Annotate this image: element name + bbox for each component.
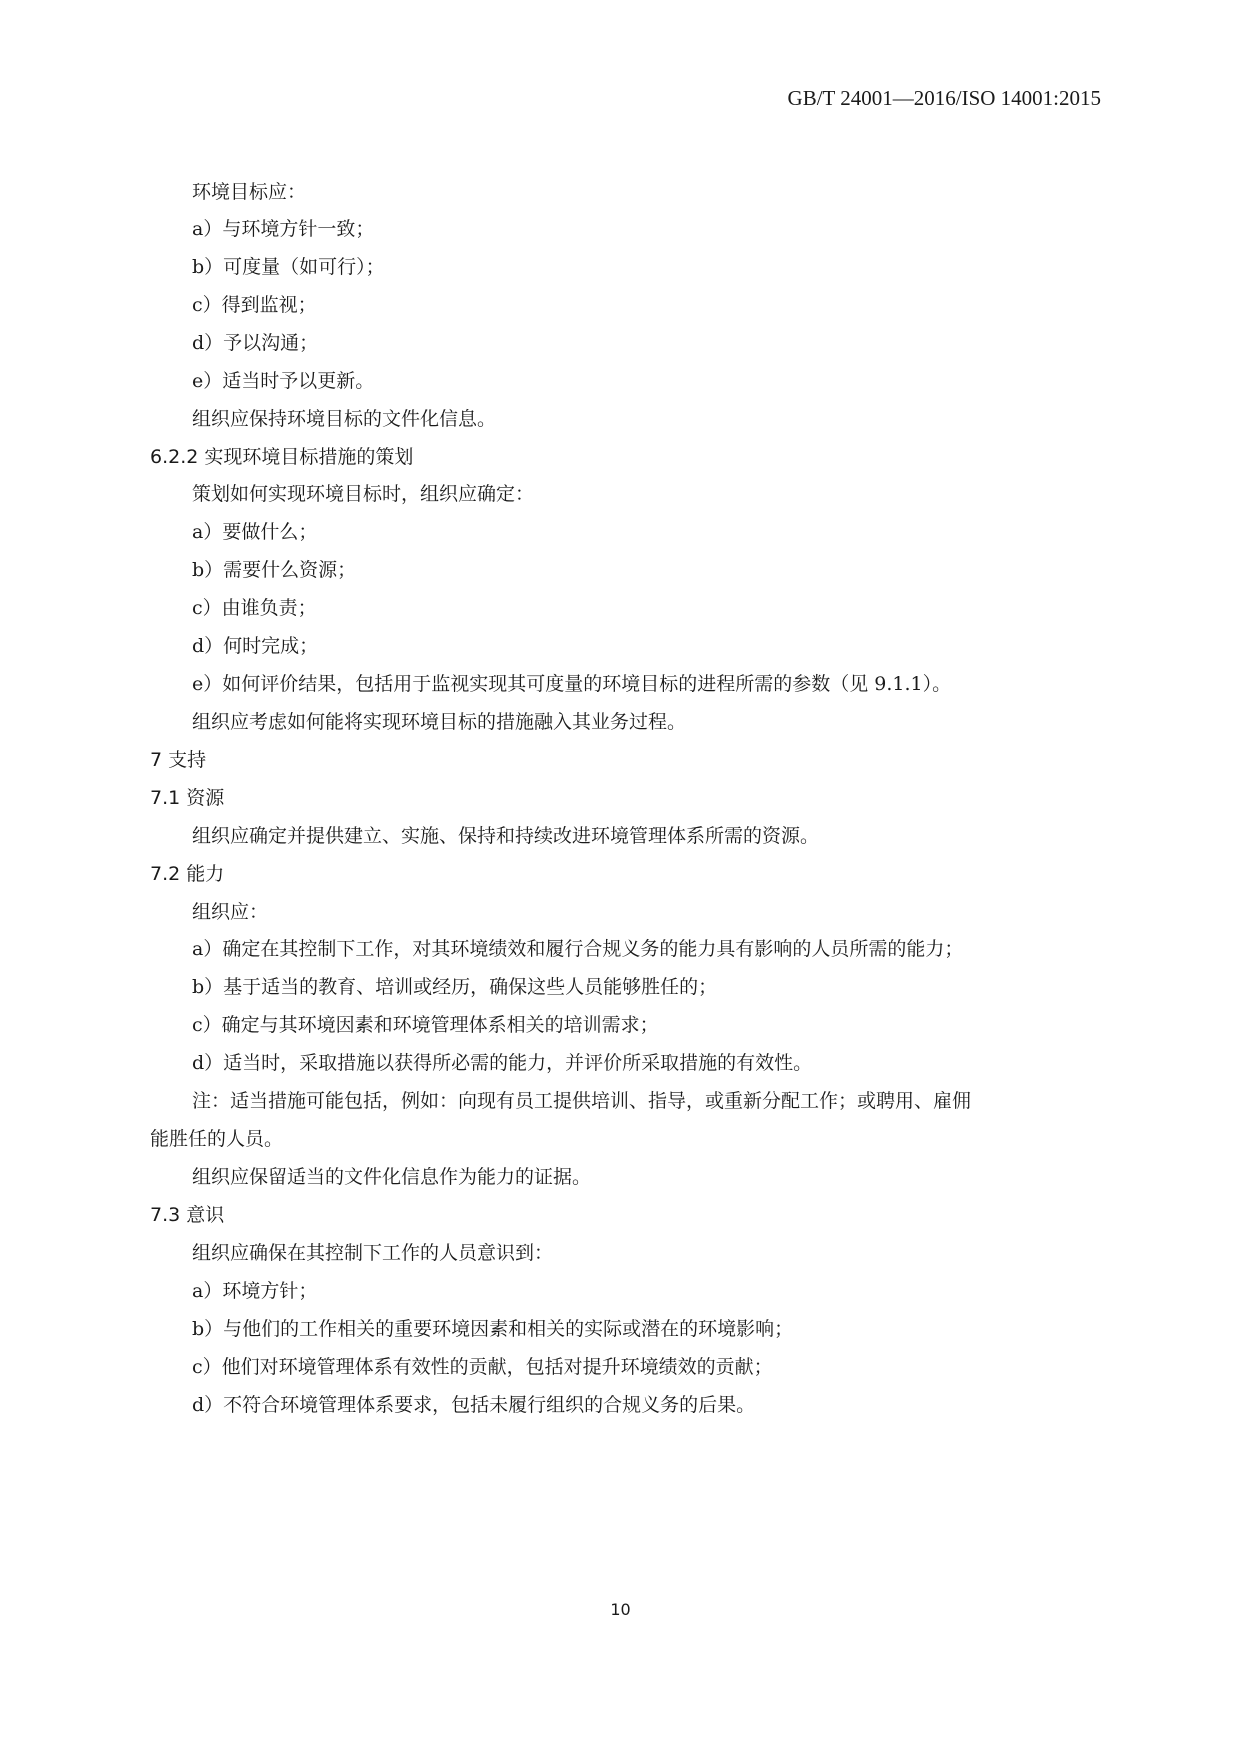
list-item: b）需要什么资源； — [192, 558, 356, 582]
paragraph: 组织应考虑如何能将实现环境目标的措施融入其业务过程。 — [192, 710, 686, 734]
page-number: 10 — [0, 1600, 1241, 1619]
list-item: c）得到监视； — [192, 293, 317, 317]
list-item: d）何时完成； — [192, 634, 318, 658]
note: 注：适当措施可能包括，例如：向现有员工提供培训、指导，或重新分配工作；或聘用、雇… — [192, 1089, 971, 1113]
list-item: e）适当时予以更新。 — [192, 369, 374, 393]
paragraph: 组织应保持环境目标的文件化信息。 — [192, 407, 496, 431]
section-heading-7-1: 7.1 资源 — [150, 786, 224, 810]
list-item: a）与环境方针一致； — [192, 217, 374, 241]
list-item: c）由谁负责； — [192, 596, 317, 620]
section-heading-7-3: 7.3 意识 — [150, 1203, 224, 1227]
paragraph: 组织应确保在其控制下工作的人员意识到： — [192, 1241, 553, 1265]
paragraph: 组织应保留适当的文件化信息作为能力的证据。 — [192, 1165, 591, 1189]
paragraph: 组织应： — [192, 900, 268, 924]
paragraph: 环境目标应： — [192, 180, 306, 204]
page-header: GB/T 24001—2016/ISO 14001:2015 — [788, 86, 1101, 111]
section-heading-7-2: 7.2 能力 — [150, 862, 224, 886]
list-item: d）予以沟通； — [192, 331, 318, 355]
list-item: b）基于适当的教育、培训或经历，确保这些人员能够胜任的； — [192, 975, 717, 999]
section-heading-7: 7 支持 — [150, 748, 206, 772]
paragraph: 策划如何实现环境目标时，组织应确定： — [192, 482, 534, 506]
paragraph: 组织应确定并提供建立、实施、保持和持续改进环境管理体系所需的资源。 — [192, 824, 819, 848]
list-item: a）确定在其控制下工作，对其环境绩效和履行合规义务的能力具有影响的人员所需的能力… — [192, 937, 963, 961]
section-heading-6-2-2: 6.2.2 实现环境目标措施的策划 — [150, 445, 413, 469]
list-item: b）可度量（如可行）； — [192, 255, 385, 279]
note-continuation: 能胜任的人员。 — [150, 1127, 283, 1151]
list-item: d）不符合环境管理体系要求，包括未履行组织的合规义务的后果。 — [192, 1393, 755, 1417]
list-item: d）适当时，采取措施以获得所必需的能力，并评价所采取措施的有效性。 — [192, 1051, 812, 1075]
list-item: c）确定与其环境因素和环境管理体系相关的培训需求； — [192, 1013, 659, 1037]
list-item: b）与他们的工作相关的重要环境因素和相关的实际或潜在的环境影响； — [192, 1317, 793, 1341]
list-item: a）环境方针； — [192, 1279, 317, 1303]
list-item: a）要做什么； — [192, 520, 317, 544]
list-item: c）他们对环境管理体系有效性的贡献，包括对提升环境绩效的贡献； — [192, 1355, 773, 1379]
standard-code: GB/T 24001—2016/ISO 14001:2015 — [788, 86, 1101, 110]
list-item: e）如何评价结果，包括用于监视实现其可度量的环境目标的进程所需的参数（见 9.1… — [192, 672, 951, 696]
